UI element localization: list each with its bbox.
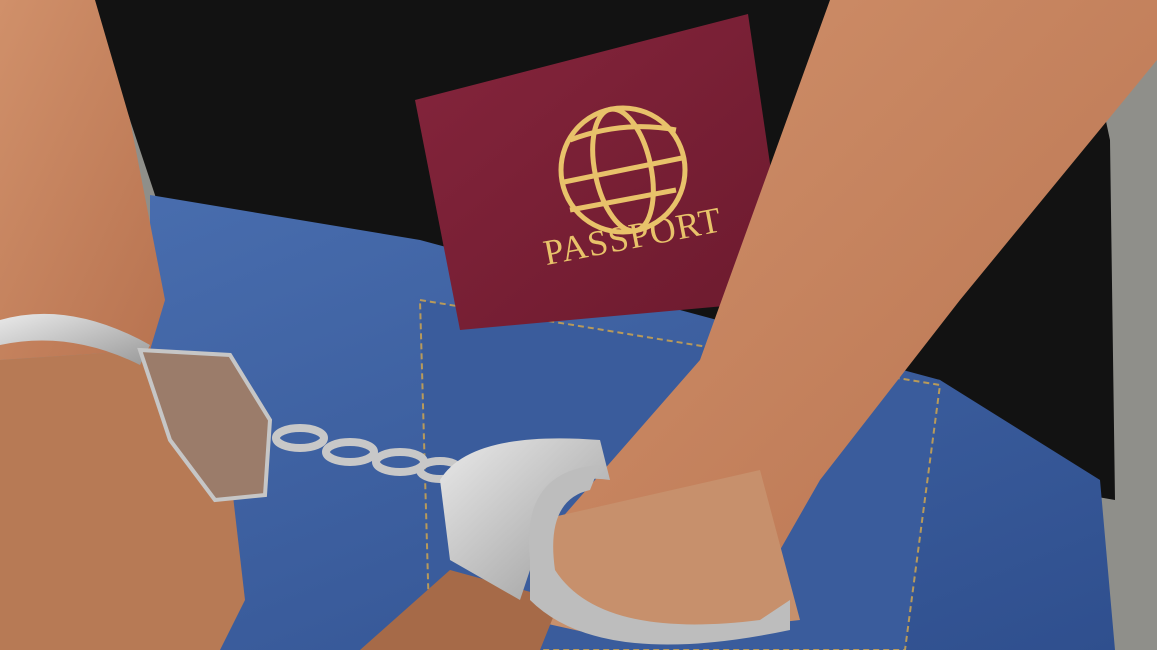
photo-scene: PASSPORT [0,0,1157,650]
photo-illustration [0,0,1157,650]
